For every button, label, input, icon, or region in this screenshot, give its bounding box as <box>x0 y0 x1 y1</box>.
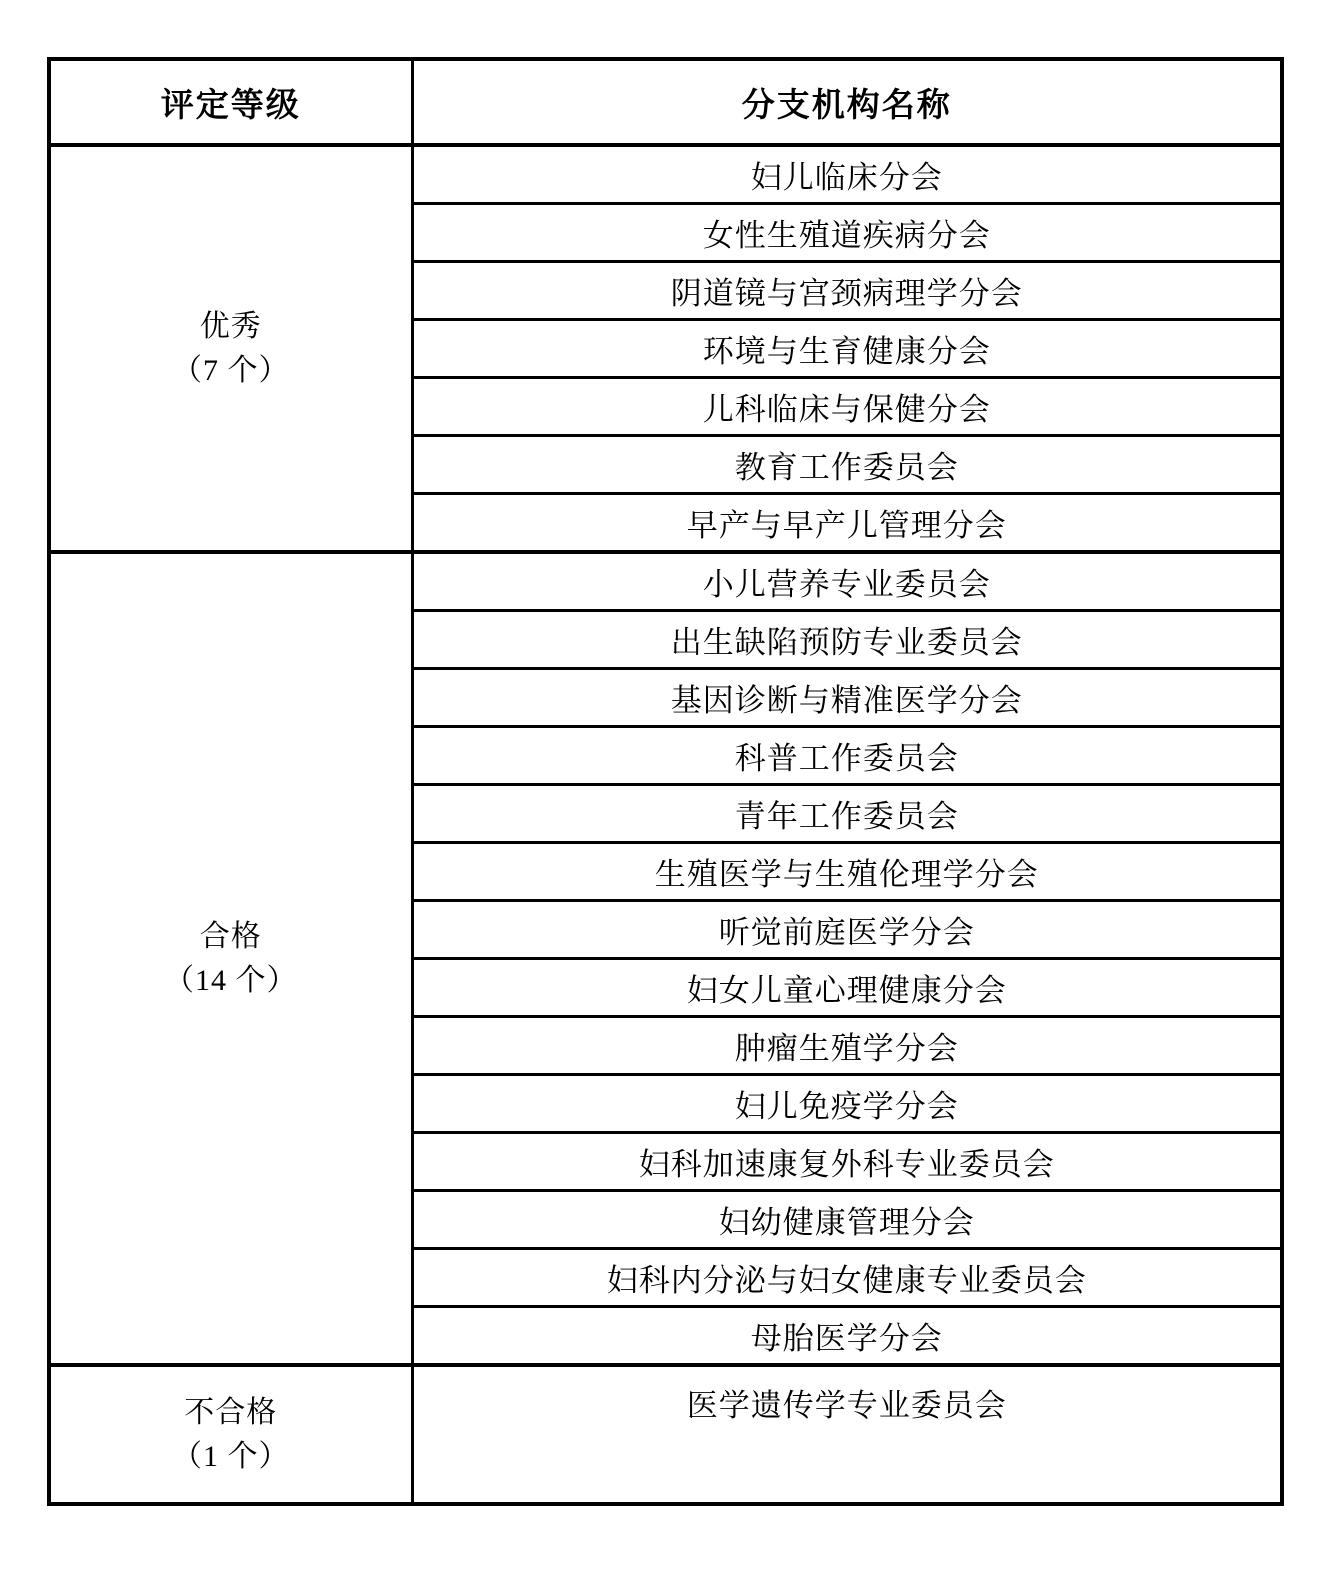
branch-cell: 环境与生育健康分会 <box>412 320 1282 378</box>
level-cell: 不合格（1 个） <box>49 1365 412 1504</box>
header-row: 评定等级 分支机构名称 <box>49 59 1282 145</box>
branch-cell: 教育工作委员会 <box>412 436 1282 494</box>
branch-cell: 女性生殖道疾病分会 <box>412 204 1282 262</box>
branch-cell: 妇女儿童心理健康分会 <box>412 959 1282 1017</box>
branch-cell: 小儿营养专业委员会 <box>412 552 1282 611</box>
branch-cell: 妇科加速康复外科专业委员会 <box>412 1133 1282 1191</box>
level-cell: 合格（14 个） <box>49 552 412 1365</box>
level-count: （7 个） <box>51 349 411 393</box>
branch-cell: 青年工作委员会 <box>412 785 1282 843</box>
table-row: 不合格（1 个）医学遗传学专业委员会 <box>49 1365 1282 1504</box>
branch-cell: 科普工作委员会 <box>412 727 1282 785</box>
branch-cell: 出生缺陷预防专业委员会 <box>412 611 1282 669</box>
branch-cell: 妇儿免疫学分会 <box>412 1075 1282 1133</box>
table-row: 合格（14 个）小儿营养专业委员会 <box>49 552 1282 611</box>
branch-cell: 听觉前庭医学分会 <box>412 901 1282 959</box>
branch-cell: 妇科内分泌与妇女健康专业委员会 <box>412 1249 1282 1307</box>
branch-cell: 儿科临床与保健分会 <box>412 378 1282 436</box>
column-header-name: 分支机构名称 <box>412 59 1282 145</box>
branch-cell: 母胎医学分会 <box>412 1307 1282 1366</box>
rating-table: 评定等级 分支机构名称 优秀（7 个）妇儿临床分会女性生殖道疾病分会阴道镜与宫颈… <box>47 57 1284 1506</box>
level-label: 优秀 <box>51 305 411 349</box>
branch-cell: 肿瘤生殖学分会 <box>412 1017 1282 1075</box>
branch-cell: 阴道镜与宫颈病理学分会 <box>412 262 1282 320</box>
level-count: （1 个） <box>51 1435 411 1479</box>
branch-cell: 妇幼健康管理分会 <box>412 1191 1282 1249</box>
level-label: 不合格 <box>51 1391 411 1435</box>
branch-cell: 早产与早产儿管理分会 <box>412 494 1282 553</box>
branch-cell: 基因诊断与精准医学分会 <box>412 669 1282 727</box>
level-label: 合格 <box>51 915 411 959</box>
table-row: 优秀（7 个）妇儿临床分会 <box>49 145 1282 204</box>
document-page: 评定等级 分支机构名称 优秀（7 个）妇儿临床分会女性生殖道疾病分会阴道镜与宫颈… <box>0 0 1320 1585</box>
level-cell: 优秀（7 个） <box>49 145 412 552</box>
branch-cell: 生殖医学与生殖伦理学分会 <box>412 843 1282 901</box>
branch-cell: 妇儿临床分会 <box>412 145 1282 204</box>
level-count: （14 个） <box>51 959 411 1003</box>
column-header-level: 评定等级 <box>49 59 412 145</box>
branch-cell: 医学遗传学专业委员会 <box>412 1365 1282 1504</box>
